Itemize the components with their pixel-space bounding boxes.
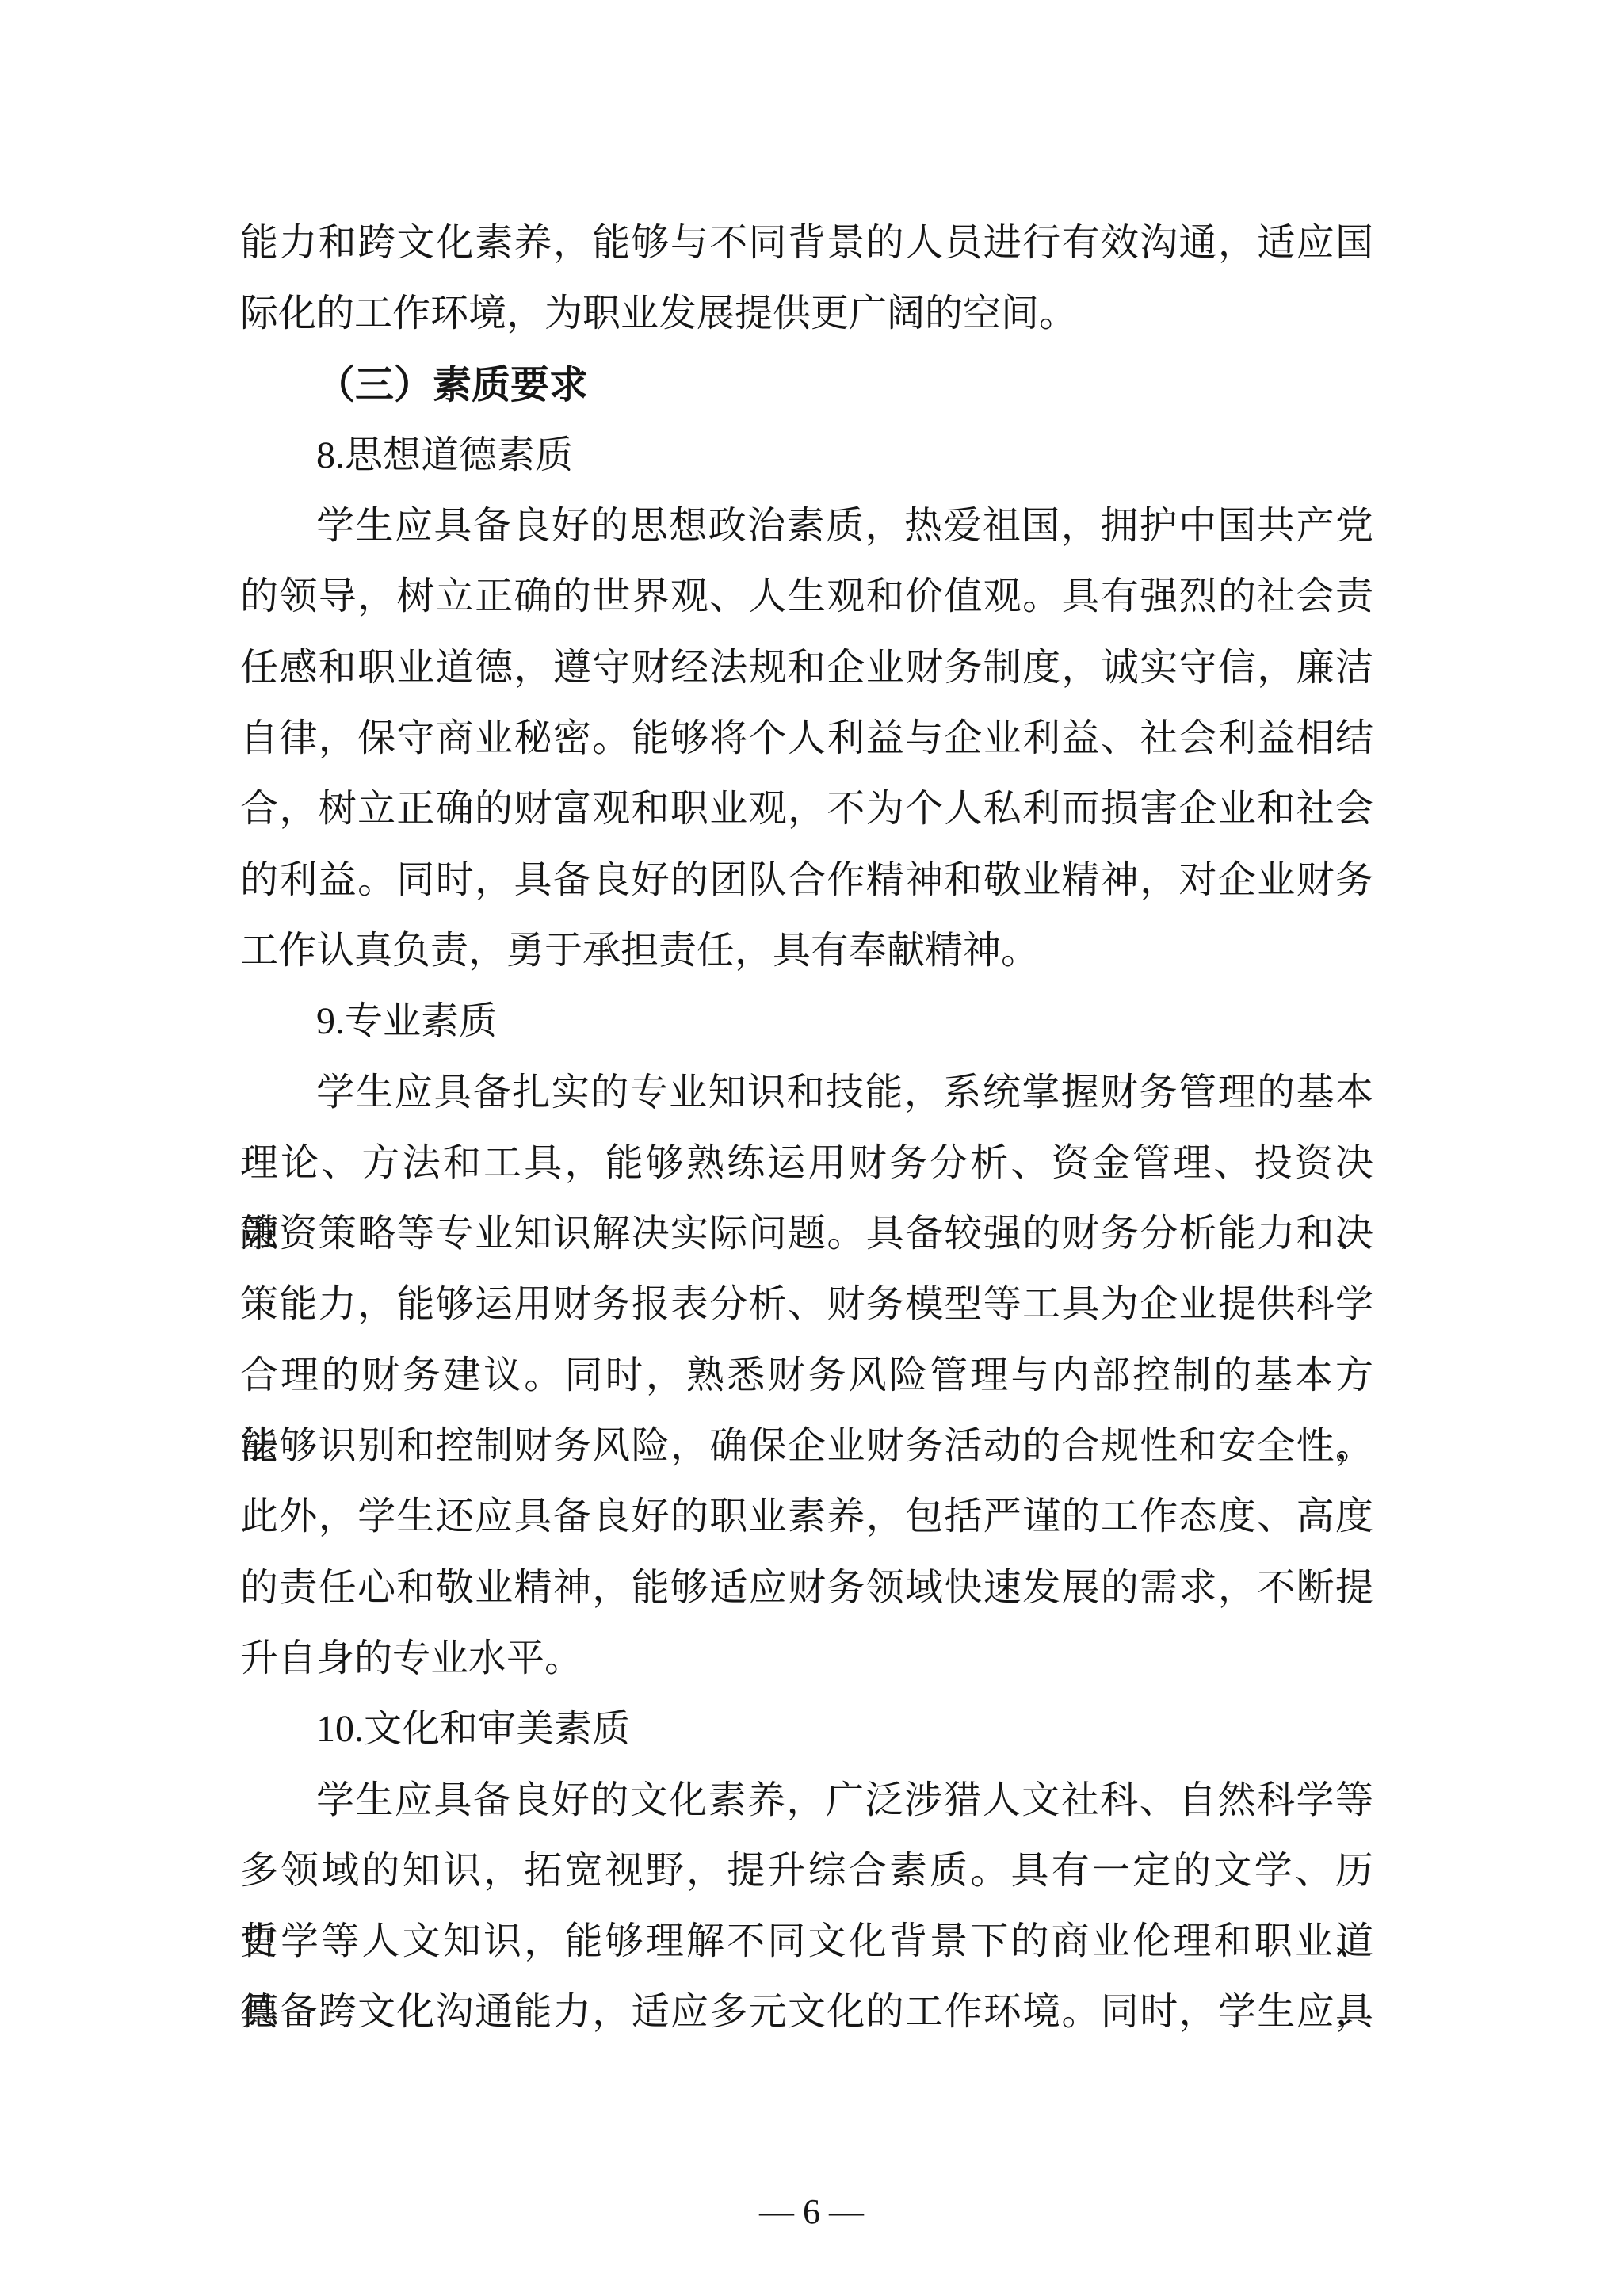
body-text-line: 能够识别和控制财务风险，确保企业财务活动的合规性和安全性。 <box>240 1411 1373 1481</box>
body-text-line: 的利益。同时，具备良好的团队合作精神和敬业精神，对企业财务 <box>240 845 1373 915</box>
body-text-line: 策能力，能够运用财务报表分析、财务模型等工具为企业提供科学 <box>240 1269 1373 1339</box>
section-heading-line: 10.文化和审美素质 <box>240 1694 1373 1764</box>
body-text-line: 学生应具备良好的文化素养，广泛涉猎人文社科、自然科学等 <box>240 1765 1373 1836</box>
body-text-line: 任感和职业道德，遵守财经法规和企业财务制度，诚实守信，廉洁 <box>240 632 1373 703</box>
body-text-line: 理论、方法和工具，能够熟练运用财务分析、资金管理、投资决策、 <box>240 1128 1373 1198</box>
body-text-line: 工作认真负责，勇于承担责任，具有奉献精神。 <box>240 915 1373 986</box>
body-text-line: 能力和跨文化素养，能够与不同背景的人员进行有效沟通，适应国 <box>240 208 1373 278</box>
body-text-line: 合理的财务建议。同时，熟悉财务风险管理与内部控制的基本方法， <box>240 1340 1373 1411</box>
body-text-line: 具备跨文化沟通能力，适应多元文化的工作环境。同时，学生应具 <box>240 1977 1373 2047</box>
section-heading-line: （三）素质要求 <box>240 350 1373 420</box>
body-text-line: 际化的工作环境，为职业发展提供更广阔的空间。 <box>240 278 1373 349</box>
page-footer: — 6 — <box>0 2184 1623 2240</box>
section-heading-line: 8.思想道德素质 <box>240 420 1373 491</box>
body-text-line: 哲学等人文知识，能够理解不同文化背景下的商业伦理和职业道德， <box>240 1906 1373 1977</box>
body-text-line: 自律，保守商业秘密。能够将个人利益与企业利益、社会利益相结 <box>240 703 1373 774</box>
text-block: 能力和跨文化素养，能够与不同背景的人员进行有效沟通，适应国际化的工作环境，为职业… <box>240 208 1373 2048</box>
body-text-line: 学生应具备扎实的专业知识和技能，系统掌握财务管理的基本 <box>240 1057 1373 1128</box>
body-text-line: 的责任心和敬业精神，能够适应财务领域快速发展的需求，不断提 <box>240 1553 1373 1623</box>
body-text-line: 学生应具备良好的思想政治素质，热爱祖国，拥护中国共产党 <box>240 491 1373 561</box>
body-text-line: 融资策略等专业知识解决实际问题。具备较强的财务分析能力和决 <box>240 1198 1373 1269</box>
body-text-line: 此外，学生还应具备良好的职业素养，包括严谨的工作态度、高度 <box>240 1481 1373 1552</box>
body-text-line: 合，树立正确的财富观和职业观，不为个人私利而损害企业和社会 <box>240 774 1373 844</box>
body-text-line: 升自身的专业水平。 <box>240 1623 1373 1694</box>
section-heading-line: 9.专业素质 <box>240 986 1373 1056</box>
page-number: — 6 — <box>759 2192 864 2231</box>
body-text-line: 多领域的知识，拓宽视野，提升综合素质。具有一定的文学、历史、 <box>240 1836 1373 1906</box>
body-text-line: 的领导，树立正确的世界观、人生观和价值观。具有强烈的社会责 <box>240 561 1373 632</box>
document-page: 能力和跨文化素养，能够与不同背景的人员进行有效沟通，适应国际化的工作环境，为职业… <box>0 0 1623 2296</box>
